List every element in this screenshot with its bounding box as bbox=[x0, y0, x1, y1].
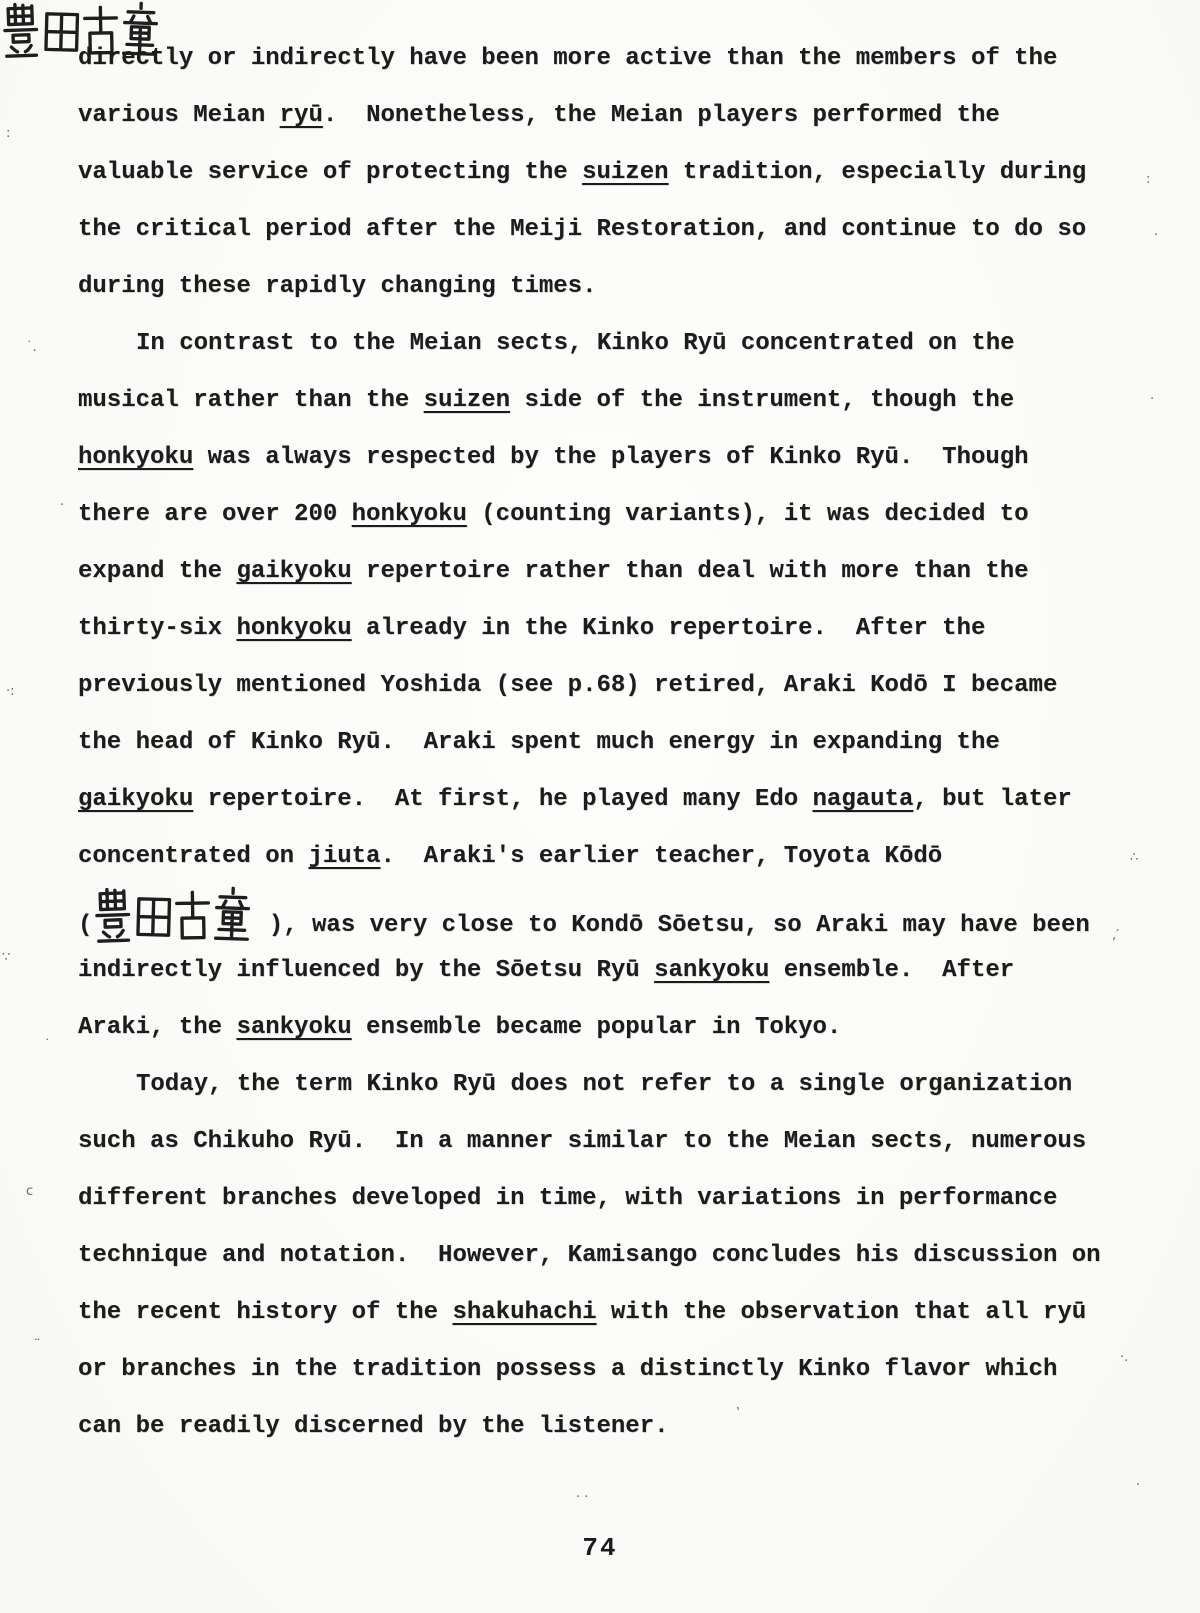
text-line: thirty-six honkyoku already in the Kinko… bbox=[78, 600, 1148, 657]
text-segment: repertoire rather than deal with more th… bbox=[352, 558, 1029, 585]
text-line: can be readily discerned by the listener… bbox=[78, 1398, 1148, 1455]
scan-speck: ‛ bbox=[736, 1406, 740, 1421]
underlined-term: honkyoku bbox=[78, 444, 193, 471]
text-segment: during these rapidly changing times. bbox=[78, 273, 596, 300]
text-line: indirectly influenced by the Sōetsu Ryū … bbox=[78, 942, 1148, 999]
text-segment: concentrated on bbox=[78, 843, 308, 870]
scan-speck: · bbox=[60, 498, 64, 513]
underlined-term: sankyoku bbox=[236, 1014, 351, 1041]
text-segment: ensemble became popular in Tokyo. bbox=[352, 1014, 842, 1041]
text-segment: ), was very close to Kondō Sōetsu, so Ar… bbox=[254, 912, 1089, 939]
scan-speck: ,′ bbox=[1112, 928, 1119, 943]
text-segment: the head of Kinko Ryū. Araki spent much … bbox=[78, 729, 1000, 756]
text-segment: directly or indirectly have been more ac… bbox=[78, 45, 1057, 72]
text-segment: repertoire. At first, he played many Edo bbox=[193, 786, 812, 813]
text-segment: there are over 200 bbox=[78, 501, 352, 528]
text-segment: various Meian bbox=[78, 102, 280, 129]
text-segment: Araki, the bbox=[78, 1014, 236, 1041]
text-segment: side of the instrument, though the bbox=[510, 387, 1014, 414]
text-segment: the recent history of the bbox=[78, 1299, 452, 1326]
page-number: 74 bbox=[0, 1533, 1200, 1563]
scan-speck: · bbox=[1154, 228, 1158, 243]
text-line: the head of Kinko Ryū. Araki spent much … bbox=[78, 714, 1148, 771]
text-line: such as Chikuho Ryū. In a manner similar… bbox=[78, 1113, 1148, 1170]
scan-speck: : bbox=[6, 126, 10, 141]
kanji-toyota-kodo bbox=[94, 885, 252, 947]
text-segment: In contrast to the Meian sects, Kinko Ry… bbox=[136, 330, 1015, 357]
text-segment: such as Chikuho Ryū. In a manner similar… bbox=[78, 1128, 1086, 1155]
scanned-document-page: directly or indirectly have been more ac… bbox=[0, 0, 1200, 1613]
text-line: previously mentioned Yoshida (see p.68) … bbox=[78, 657, 1148, 714]
text-line: or branches in the tradition possess a d… bbox=[78, 1341, 1148, 1398]
scan-speck: ˙ bbox=[44, 1038, 51, 1053]
text-line: various Meian ryū. Nonetheless, the Meia… bbox=[78, 87, 1148, 144]
text-segment: musical rather than the bbox=[78, 387, 424, 414]
text-segment: Today, the term Kinko Ryū does not refer… bbox=[136, 1071, 1072, 1098]
scan-speck: ∴ bbox=[1130, 850, 1138, 865]
text-segment: or branches in the tradition possess a d… bbox=[78, 1356, 1057, 1383]
text-segment: , but later bbox=[913, 786, 1071, 813]
text-segment: was always respected by the players of K… bbox=[193, 444, 1028, 471]
underlined-term: honkyoku bbox=[352, 501, 467, 528]
underlined-term: suizen bbox=[582, 159, 668, 186]
scan-speck: · bbox=[1136, 1478, 1140, 1493]
text-line: during these rapidly changing times. bbox=[78, 258, 1148, 315]
text-segment: with the observation that all ryū bbox=[597, 1299, 1087, 1326]
typewritten-text: directly or indirectly have been more ac… bbox=[78, 30, 1148, 1455]
text-segment: indirectly influenced by the Sōetsu Ryū bbox=[78, 957, 654, 984]
text-line: Today, the term Kinko Ryū does not refer… bbox=[78, 1056, 1148, 1113]
text-segment: already in the Kinko repertoire. After t… bbox=[352, 615, 986, 642]
text-line: expand the gaikyoku repertoire rather th… bbox=[78, 543, 1148, 600]
text-line: concentrated on jiuta. Araki's earlier t… bbox=[78, 828, 1148, 885]
text-segment: (counting variants), it was decided to bbox=[467, 501, 1029, 528]
text-line: valuable service of protecting the suize… bbox=[78, 144, 1148, 201]
text-line: In contrast to the Meian sects, Kinko Ry… bbox=[78, 315, 1148, 372]
scan-speck: ∵ bbox=[2, 950, 10, 965]
scan-speck: · · bbox=[576, 1490, 588, 1505]
underlined-term: jiuta bbox=[308, 843, 380, 870]
scan-speck: c bbox=[26, 1184, 33, 1199]
text-line: honkyoku was always respected by the pla… bbox=[78, 429, 1148, 486]
text-segment: ensemble. After bbox=[769, 957, 1014, 984]
underlined-term: gaikyoku bbox=[78, 786, 193, 813]
text-segment: different branches developed in time, wi… bbox=[78, 1185, 1057, 1212]
underlined-term: sankyoku bbox=[654, 957, 769, 984]
scan-speck: ·. bbox=[1120, 1350, 1128, 1365]
text-segment: thirty-six bbox=[78, 615, 236, 642]
text-line: directly or indirectly have been more ac… bbox=[78, 30, 1148, 87]
text-line: the critical period after the Meiji Rest… bbox=[78, 201, 1148, 258]
text-segment: ( bbox=[78, 912, 92, 939]
text-segment: . Araki's earlier teacher, Toyota Kōdō bbox=[380, 843, 942, 870]
text-line: ( ), was very close to Kondō Sō bbox=[78, 885, 1148, 942]
underlined-term: gaikyoku bbox=[236, 558, 351, 585]
scan-speck: : bbox=[1146, 172, 1150, 187]
text-segment: . Nonetheless, the Meian players perform… bbox=[323, 102, 1000, 129]
text-segment: valuable service of protecting the bbox=[78, 159, 582, 186]
text-line: Araki, the sankyoku ensemble became popu… bbox=[78, 999, 1148, 1056]
text-segment: previously mentioned Yoshida (see p.68) … bbox=[78, 672, 1057, 699]
underlined-term: honkyoku bbox=[236, 615, 351, 642]
underlined-term: shakuhachi bbox=[452, 1299, 596, 1326]
scan-speck: . bbox=[1150, 388, 1154, 403]
text-line: gaikyoku repertoire. At first, he played… bbox=[78, 771, 1148, 828]
text-segment: can be readily discerned by the listener… bbox=[78, 1413, 669, 1440]
text-line: technique and notation. However, Kamisan… bbox=[78, 1227, 1148, 1284]
scan-speck: ˙. bbox=[26, 340, 37, 355]
underlined-term: ryū bbox=[280, 102, 323, 129]
scan-speck: ·: bbox=[6, 684, 15, 699]
text-line: different branches developed in time, wi… bbox=[78, 1170, 1148, 1227]
scan-speck: ¨ bbox=[34, 1338, 41, 1353]
text-line: there are over 200 honkyoku (counting va… bbox=[78, 486, 1148, 543]
text-segment: technique and notation. However, Kamisan… bbox=[78, 1242, 1101, 1269]
underlined-term: nagauta bbox=[813, 786, 914, 813]
text-segment: tradition, especially during bbox=[669, 159, 1087, 186]
text-segment: expand the bbox=[78, 558, 236, 585]
text-line: musical rather than the suizen side of t… bbox=[78, 372, 1148, 429]
text-line: the recent history of the shakuhachi wit… bbox=[78, 1284, 1148, 1341]
scan-speck: · bbox=[148, 8, 152, 23]
underlined-term: suizen bbox=[424, 387, 510, 414]
text-segment: the critical period after the Meiji Rest… bbox=[78, 216, 1086, 243]
